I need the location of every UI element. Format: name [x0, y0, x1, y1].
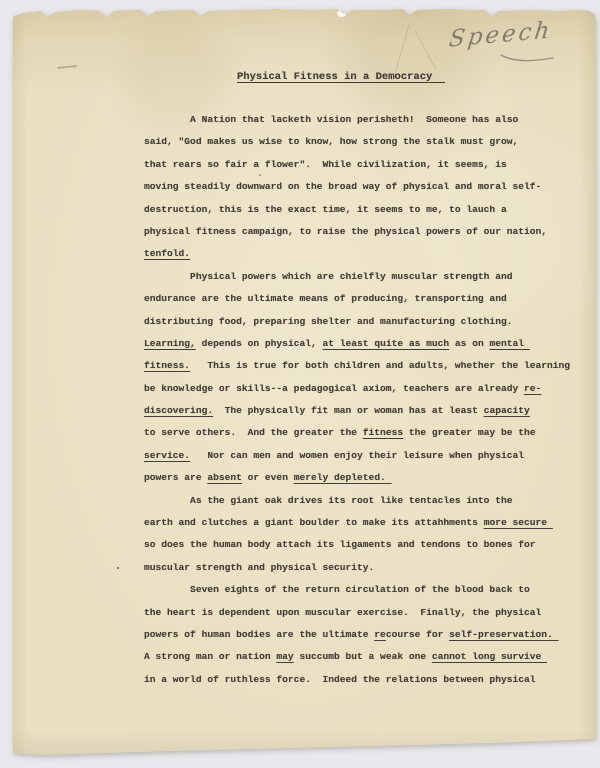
text-line: distributing food, preparing shelter and…	[144, 311, 596, 333]
text-segment: in a world of ruthless force. Indeed the…	[144, 674, 536, 685]
underlined-text: tenfold.	[144, 248, 190, 259]
text-segment: muscular strength and physical security.	[144, 562, 374, 573]
text-segment: succumb but a weak one	[294, 651, 432, 662]
text-line: powers of human bodies are the ultimate …	[144, 624, 596, 646]
text-segment: the heart is dependent upon muscular exe…	[144, 607, 541, 618]
text-line: muscular strength and physical security.	[144, 557, 596, 579]
text-segment: Nor can men and women enjoy their leisur…	[190, 450, 524, 461]
underlined-text: absent	[207, 472, 242, 483]
text-segment: A strong man or nation	[144, 651, 276, 662]
text-segment: physical fitness campaign, to raise the …	[144, 226, 547, 237]
text-line: endurance are the ultimate means of prod…	[144, 288, 596, 310]
text-line: earth and clutches a giant boulder to ma…	[144, 512, 596, 534]
text-segment: course for	[386, 629, 449, 640]
handwriting-underline-swash	[499, 52, 555, 66]
underlined-text: re	[374, 629, 386, 640]
paper-speck	[117, 567, 119, 569]
text-line: fitness. This is true for both children …	[144, 355, 596, 377]
text-line: be knowledge or skills--a pedagogical ax…	[144, 378, 596, 400]
underlined-text: discovering.	[144, 405, 213, 416]
text-segment: This is true for both children and adult…	[190, 360, 570, 371]
text-line: in a world of ruthless force. Indeed the…	[144, 669, 596, 691]
handwritten-annotation: Speech	[448, 18, 553, 53]
text-segment: the greater may be the	[403, 427, 535, 438]
text-line: so does the human body attach its ligame…	[144, 534, 596, 556]
paper-scuff-mark	[337, 10, 346, 17]
text-column: A Nation that lacketh vision perisheth! …	[144, 109, 596, 691]
underlined-text: re-	[524, 383, 541, 394]
underlined-text: service.	[144, 450, 190, 461]
text-segment: The physically fit man or woman has at l…	[213, 405, 484, 416]
text-segment: endurance are the ultimate means of prod…	[144, 293, 507, 304]
text-segment: destruction, this is the exact time, it …	[144, 204, 507, 215]
text-line: A strong man or nation may succumb but a…	[144, 646, 596, 668]
text-segment: Physical powers which are chielfly muscu…	[144, 271, 512, 282]
crease-mark	[415, 30, 437, 69]
text-segment: earth and clutches a giant boulder to ma…	[144, 517, 484, 528]
text-segment: so does the human body attach its ligame…	[144, 539, 536, 550]
underlined-text: merely depleted.	[294, 472, 392, 483]
underlined-text: fitness	[363, 427, 403, 438]
text-segment: powers are	[144, 472, 207, 483]
text-line: destruction, this is the exact time, it …	[144, 199, 596, 221]
underlined-text: more secure	[484, 517, 553, 528]
text-segment: to serve others. And the greater the	[144, 427, 363, 438]
underlined-text: may	[276, 651, 293, 662]
underlined-text: self-preservation.	[449, 629, 558, 640]
underlined-text: capacity	[484, 405, 530, 416]
text-line: service. Nor can men and women enjoy the…	[144, 445, 596, 467]
text-segment: that rears so fair a flower". While civi…	[144, 159, 507, 170]
text-segment: moving steadily downward on the broad wa…	[144, 181, 541, 192]
text-line: Physical powers which are chielfly muscu…	[144, 266, 596, 288]
text-line: Seven eights of the return circulation o…	[144, 579, 596, 601]
text-line: As the giant oak drives its root like te…	[144, 490, 596, 512]
document-title: Physical Fitness in a Democracy	[237, 71, 445, 83]
text-line: A Nation that lacketh vision perisheth! …	[144, 109, 596, 131]
underlined-text: at least quite as much	[323, 338, 450, 349]
paper-sheet: Speech Physical Fitness in a Democracy A…	[13, 8, 595, 755]
text-segment: depends on physical,	[196, 338, 323, 349]
text-line: to serve others. And the greater the fit…	[144, 422, 596, 444]
scanned-document-view: Speech Physical Fitness in a Democracy A…	[0, 0, 600, 768]
text-line: that rears so fair a flower". While civi…	[144, 154, 596, 176]
text-segment: said, "God makes us wise to know, how st…	[144, 136, 518, 147]
paper-shadow-wrap: Speech Physical Fitness in a Democracy A…	[13, 8, 595, 755]
text-segment: Seven eights of the return circulation o…	[144, 584, 530, 595]
text-segment: or even	[242, 472, 294, 483]
text-line: discovering. The physically fit man or w…	[144, 400, 596, 422]
text-line: tenfold.	[144, 243, 596, 265]
text-segment: as on	[449, 338, 489, 349]
text-segment: As the giant oak drives its root like te…	[144, 495, 512, 506]
underlined-text: mental	[489, 338, 529, 349]
text-segment: powers of human bodies are the ultimate	[144, 629, 374, 640]
text-line: moving steadily downward on the broad wa…	[144, 176, 596, 198]
pencil-dash-mark	[57, 65, 77, 69]
handwritten-annotation-text: Speech	[448, 17, 554, 52]
text-segment: be knowledge or skills--a pedagogical ax…	[144, 383, 524, 394]
underlined-text: cannot long survive	[432, 651, 547, 662]
text-line: the heart is dependent upon muscular exe…	[144, 602, 596, 624]
underlined-text: Learning,	[144, 338, 196, 349]
text-line: Learning, depends on physical, at least …	[144, 333, 596, 355]
text-segment: A Nation that lacketh vision perisheth! …	[144, 114, 518, 125]
text-line: powers are absent or even merely deplete…	[144, 467, 596, 489]
underlined-text: fitness.	[144, 360, 190, 371]
text-line: said, "God makes us wise to know, how st…	[144, 131, 596, 153]
text-segment: distributing food, preparing shelter and…	[144, 316, 512, 327]
text-line: physical fitness campaign, to raise the …	[144, 221, 596, 243]
